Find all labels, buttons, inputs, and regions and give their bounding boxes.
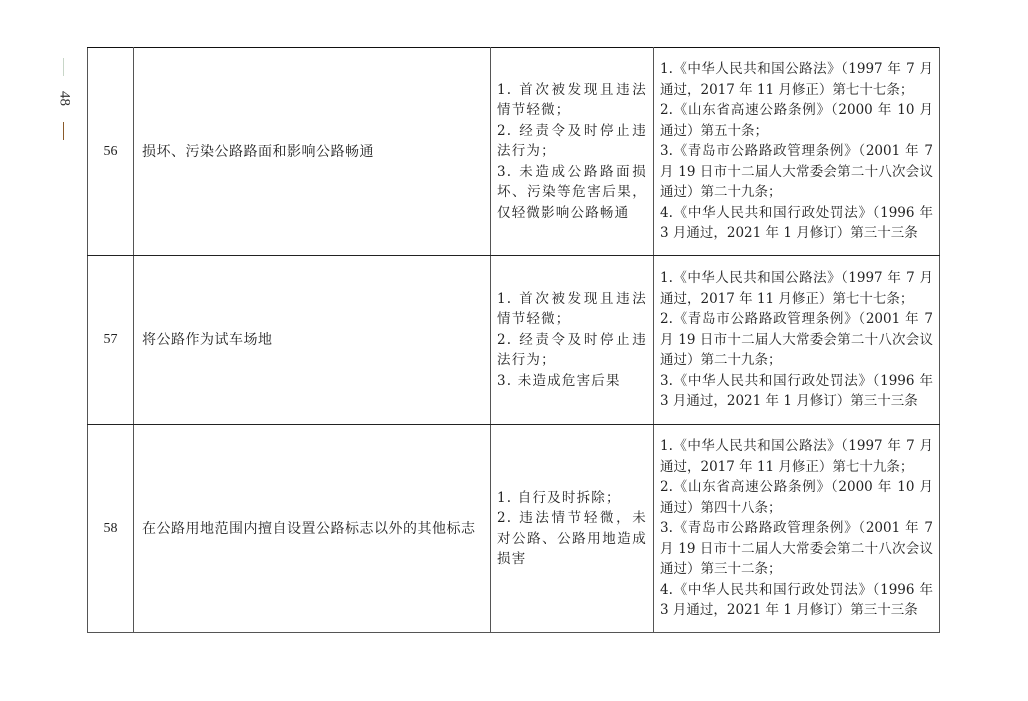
page-number-rule-top xyxy=(63,58,64,76)
legal-basis-item: 3.《青岛市公路路政管理条例》（2001 年 7 月 19 日市十二届人大常委会… xyxy=(660,518,933,580)
violation-rules-table: 56 损坏、污染公路路面和影响公路畅通 1. 首次被发现且违法情节轻微； 2. … xyxy=(87,47,940,633)
condition-item: 2. 违法情节轻微，未对公路、公路用地造成损害 xyxy=(497,508,647,570)
table-row: 58 在公路用地范围内擅自设置公路标志以外的其他标志 1. 自行及时拆除； 2.… xyxy=(88,425,940,633)
violation-description: 将公路作为试车场地 xyxy=(134,256,491,425)
legal-basis: 1.《中华人民共和国公路法》（1997 年 7 月通过，2017 年 11 月修… xyxy=(654,425,940,633)
violation-description: 损坏、污染公路路面和影响公路畅通 xyxy=(134,48,491,256)
exemption-conditions: 1. 首次被发现且违法情节轻微； 2. 经责令及时停止违法行为； 3. 未造成公… xyxy=(491,48,654,256)
exemption-conditions: 1. 自行及时拆除； 2. 违法情节轻微，未对公路、公路用地造成损害 xyxy=(491,425,654,633)
page-number-rule-bottom xyxy=(63,122,64,140)
legal-basis-item: 1.《中华人民共和国公路法》（1997 年 7 月通过，2017 年 11 月修… xyxy=(660,436,933,477)
row-number: 57 xyxy=(88,256,134,425)
row-number: 56 xyxy=(88,48,134,256)
legal-basis-item: 1.《中华人民共和国公路法》（1997 年 7 月通过，2017 年 11 月修… xyxy=(660,59,933,100)
page-number: 48 xyxy=(56,89,73,109)
legal-basis: 1.《中华人民共和国公路法》（1997 年 7 月通过，2017 年 11 月修… xyxy=(654,48,940,256)
legal-basis-item: 4.《中华人民共和国行政处罚法》（1996 年 3 月通过，2021 年 1 月… xyxy=(660,203,933,244)
condition-item: 3. 未造成公路路面损坏、污染等危害后果，仅轻微影响公路畅通 xyxy=(497,162,647,224)
legal-basis-item: 2.《山东省高速公路条例》（2000 年 10 月通过）第四十八条； xyxy=(660,477,933,518)
legal-basis-item: 1.《中华人民共和国公路法》（1997 年 7 月通过，2017 年 11 月修… xyxy=(660,268,933,309)
page-number-marker: 48 xyxy=(52,52,76,142)
table-row: 56 损坏、污染公路路面和影响公路畅通 1. 首次被发现且违法情节轻微； 2. … xyxy=(88,48,940,256)
row-number: 58 xyxy=(88,425,134,633)
condition-item: 3. 未造成危害后果 xyxy=(497,371,647,392)
exemption-conditions: 1. 首次被发现且违法情节轻微； 2. 经责令及时停止违法行为； 3. 未造成危… xyxy=(491,256,654,425)
table-row: 57 将公路作为试车场地 1. 首次被发现且违法情节轻微； 2. 经责令及时停止… xyxy=(88,256,940,425)
condition-item: 1. 自行及时拆除； xyxy=(497,488,647,509)
legal-basis: 1.《中华人民共和国公路法》（1997 年 7 月通过，2017 年 11 月修… xyxy=(654,256,940,425)
condition-item: 2. 经责令及时停止违法行为； xyxy=(497,330,647,371)
condition-item: 2. 经责令及时停止违法行为； xyxy=(497,121,647,162)
legal-basis-item: 4.《中华人民共和国行政处罚法》（1996 年 3 月通过，2021 年 1 月… xyxy=(660,580,933,621)
condition-item: 1. 首次被发现且违法情节轻微； xyxy=(497,289,647,330)
legal-basis-item: 2.《山东省高速公路条例》（2000 年 10 月通过）第五十条； xyxy=(660,100,933,141)
violation-description: 在公路用地范围内擅自设置公路标志以外的其他标志 xyxy=(134,425,491,633)
legal-basis-item: 2.《青岛市公路路政管理条例》（2001 年 7 月 19 日市十二届人大常委会… xyxy=(660,309,933,371)
condition-item: 1. 首次被发现且违法情节轻微； xyxy=(497,80,647,121)
legal-basis-item: 3.《中华人民共和国行政处罚法》（1996 年 3 月通过，2021 年 1 月… xyxy=(660,371,933,412)
legal-basis-item: 3.《青岛市公路路政管理条例》（2001 年 7 月 19 日市十二届人大常委会… xyxy=(660,141,933,203)
